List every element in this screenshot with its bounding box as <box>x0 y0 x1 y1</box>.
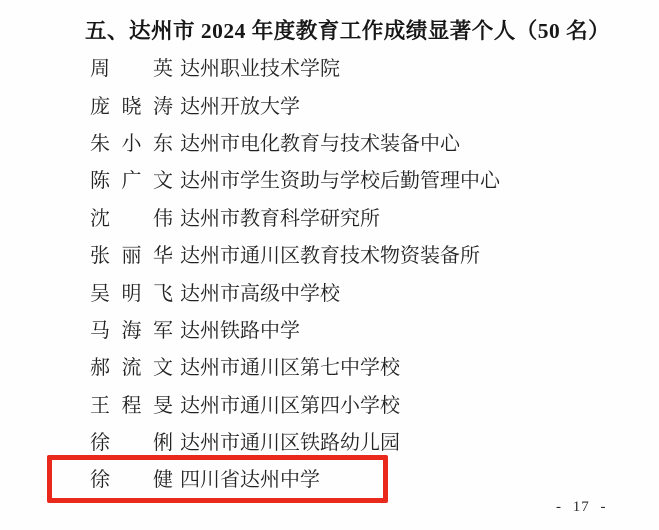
page-number: - 17 - <box>556 499 607 516</box>
list-item: 吴明飞 达州市高级中学校 <box>90 272 630 309</box>
person-name: 王程旻 <box>90 389 173 418</box>
list-item: 张丽华 达州市通川区教育技术物资装备所 <box>90 235 630 272</box>
person-name: 徐 俐 <box>90 426 173 455</box>
person-name: 朱小东 <box>90 127 173 156</box>
institution-name: 达州市电化教育与技术装备中心 <box>180 127 460 156</box>
list-item: 朱小东 达州市电化教育与技术装备中心 <box>90 123 630 160</box>
person-name: 吴明飞 <box>90 277 173 306</box>
institution-name: 达州市通川区第四小学校 <box>180 389 400 418</box>
person-name: 郝流文 <box>90 351 173 380</box>
person-name: 徐 健 <box>90 463 173 492</box>
section-title: 五、达州市 2024 年度教育工作成绩显著个人（50 名） <box>85 14 610 45</box>
award-list: 周 英 达州职业技术学院 庞晓涛 达州开放大学 朱小东 达州市电化教育与技术装备… <box>90 48 630 497</box>
list-item: 马海军 达州铁路中学 <box>90 310 630 347</box>
person-name: 周 英 <box>90 52 173 81</box>
list-item: 郝流文 达州市通川区第七中学校 <box>90 347 630 384</box>
person-name: 庞晓涛 <box>90 90 173 119</box>
institution-name: 四川省达州中学 <box>180 463 320 492</box>
list-item: 庞晓涛 达州开放大学 <box>90 85 630 122</box>
list-item: 徐 俐 达州市通川区铁路幼儿园 <box>90 422 630 459</box>
institution-name: 达州职业技术学院 <box>180 52 340 81</box>
person-name: 沈 伟 <box>90 202 173 231</box>
list-item: 陈广文 达州市学生资助与学校后勤管理中心 <box>90 160 630 197</box>
list-item: 王程旻 达州市通川区第四小学校 <box>90 385 630 422</box>
institution-name: 达州铁路中学 <box>180 314 300 343</box>
list-item: 沈 伟 达州市教育科学研究所 <box>90 198 630 235</box>
person-name: 陈广文 <box>90 164 173 193</box>
institution-name: 达州市学生资助与学校后勤管理中心 <box>180 164 500 193</box>
list-item: 周 英 达州职业技术学院 <box>90 48 630 85</box>
institution-name: 达州市通川区教育技术物资装备所 <box>180 239 480 268</box>
list-item-highlighted: 徐 健 四川省达州中学 <box>90 459 630 496</box>
person-name: 马海军 <box>90 314 173 343</box>
institution-name: 达州开放大学 <box>180 90 300 119</box>
institution-name: 达州市通川区第七中学校 <box>180 351 400 380</box>
person-name: 张丽华 <box>90 239 173 268</box>
institution-name: 达州市通川区铁路幼儿园 <box>180 426 400 455</box>
document-page: 五、达州市 2024 年度教育工作成绩显著个人（50 名） 周 英 达州职业技术… <box>0 0 659 530</box>
institution-name: 达州市高级中学校 <box>180 277 340 306</box>
institution-name: 达州市教育科学研究所 <box>180 202 380 231</box>
